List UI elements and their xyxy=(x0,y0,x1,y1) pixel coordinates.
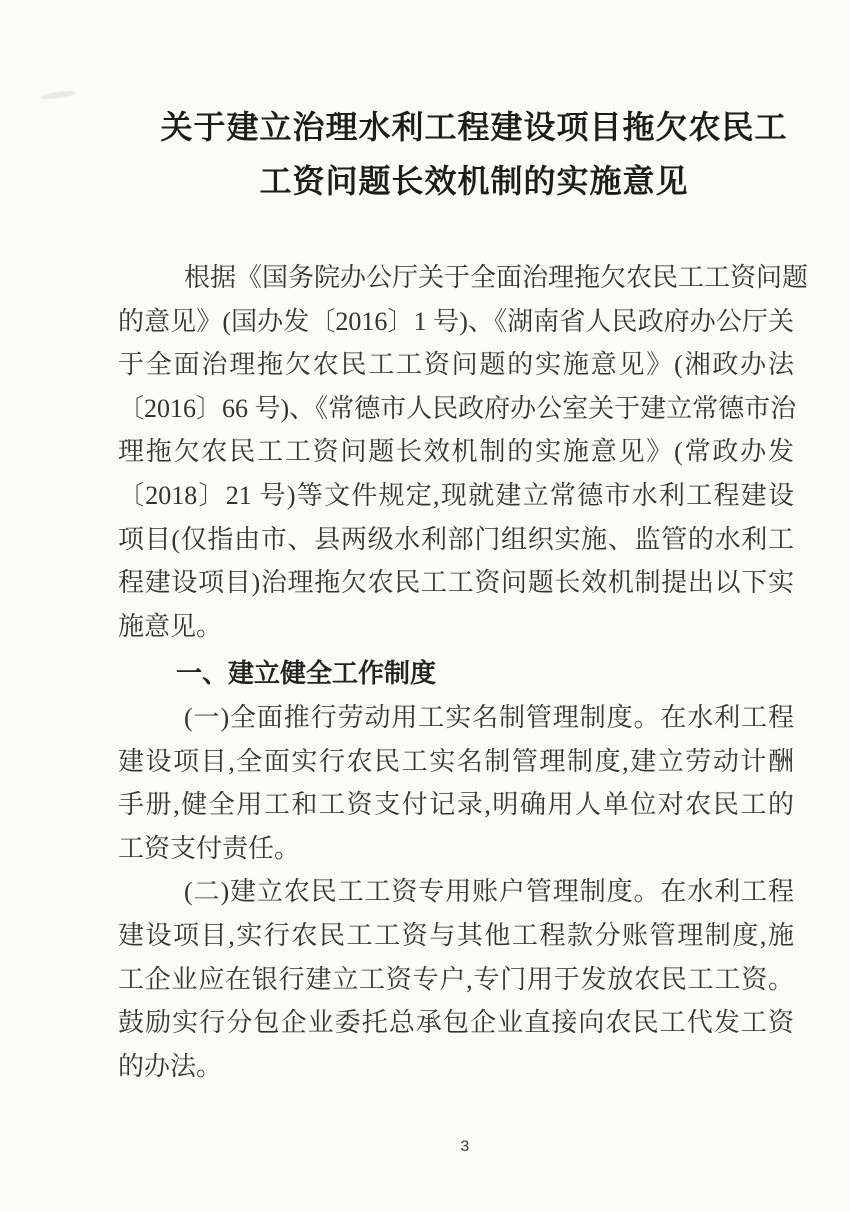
paragraph1-line: 程建设项目)治理拖欠农民工工资问题长效机制提出以下实 xyxy=(118,561,794,605)
page-number: 3 xyxy=(460,1138,470,1156)
paragraph1-line: 根据《国务院办公厅关于全面治理拖欠农民工工资问题 xyxy=(118,256,794,300)
paragraph1-line: 施意见。 xyxy=(118,605,794,649)
paragraph2-line: 手册,健全用工和工资支付记录,明确用人单位对农民工的 xyxy=(118,783,794,827)
paragraph3-line: (二)建立农民工工资专用账户管理制度。在水利工程 xyxy=(118,870,794,914)
paragraph2-line: (一)全面推行劳动用工实名制管理制度。在水利工程 xyxy=(118,696,794,740)
paragraph2-line: 建设项目,全面实行农民工实名制管理制度,建立劳动计酬 xyxy=(118,740,794,784)
scan-artifact xyxy=(40,90,76,101)
paragraph1-line: 项目(仅指由市、县两级水利部门组织实施、监管的水利工 xyxy=(118,518,794,562)
paragraph1-line: 理拖欠农民工工资问题长效机制的实施意见》(常政办发 xyxy=(118,430,794,474)
section1-heading: 一、建立健全工作制度 xyxy=(118,652,794,696)
document-body: 根据《国务院办公厅关于全面治理拖欠农民工工资问题 的意见》(国办发〔2016〕1… xyxy=(118,256,794,1088)
document-title: 关于建立治理水利工程建设项目拖欠农民工 工资问题长效机制的实施意见 xyxy=(136,100,812,208)
paragraph1-line: 于全面治理拖欠农民工工资问题的实施意见》(湘政办法 xyxy=(118,343,794,387)
paragraph1-line: 〔2018〕21 号)等文件规定,现就建立常德市水利工程建设 xyxy=(118,474,794,518)
paragraph1-line: 〔2016〕66 号)、《常德市人民政府办公室关于建立常德市治 xyxy=(118,387,794,431)
document-content: 关于建立治理水利工程建设项目拖欠农民工 工资问题长效机制的实施意见 根据《国务院… xyxy=(118,0,794,1088)
title-line-1: 关于建立治理水利工程建设项目拖欠农民工 xyxy=(136,100,812,154)
paragraph3-line: 工企业应在银行建立工资专户,专门用于发放农民工工资。 xyxy=(118,958,794,1002)
paragraph3-line: 建设项目,实行农民工工资与其他工程款分账管理制度,施 xyxy=(118,914,794,958)
paragraph1-line: 的意见》(国办发〔2016〕1 号)、《湖南省人民政府办公厅关 xyxy=(118,300,794,344)
paragraph3-line: 的办法。 xyxy=(118,1045,794,1089)
scanned-document-page: 关于建立治理水利工程建设项目拖欠农民工 工资问题长效机制的实施意见 根据《国务院… xyxy=(0,0,850,1212)
paragraph2-line: 工资支付责任。 xyxy=(118,827,794,871)
paragraph3-line: 鼓励实行分包企业委托总承包企业直接向农民工代发工资 xyxy=(118,1001,794,1045)
title-line-2: 工资问题长效机制的实施意见 xyxy=(136,154,812,208)
